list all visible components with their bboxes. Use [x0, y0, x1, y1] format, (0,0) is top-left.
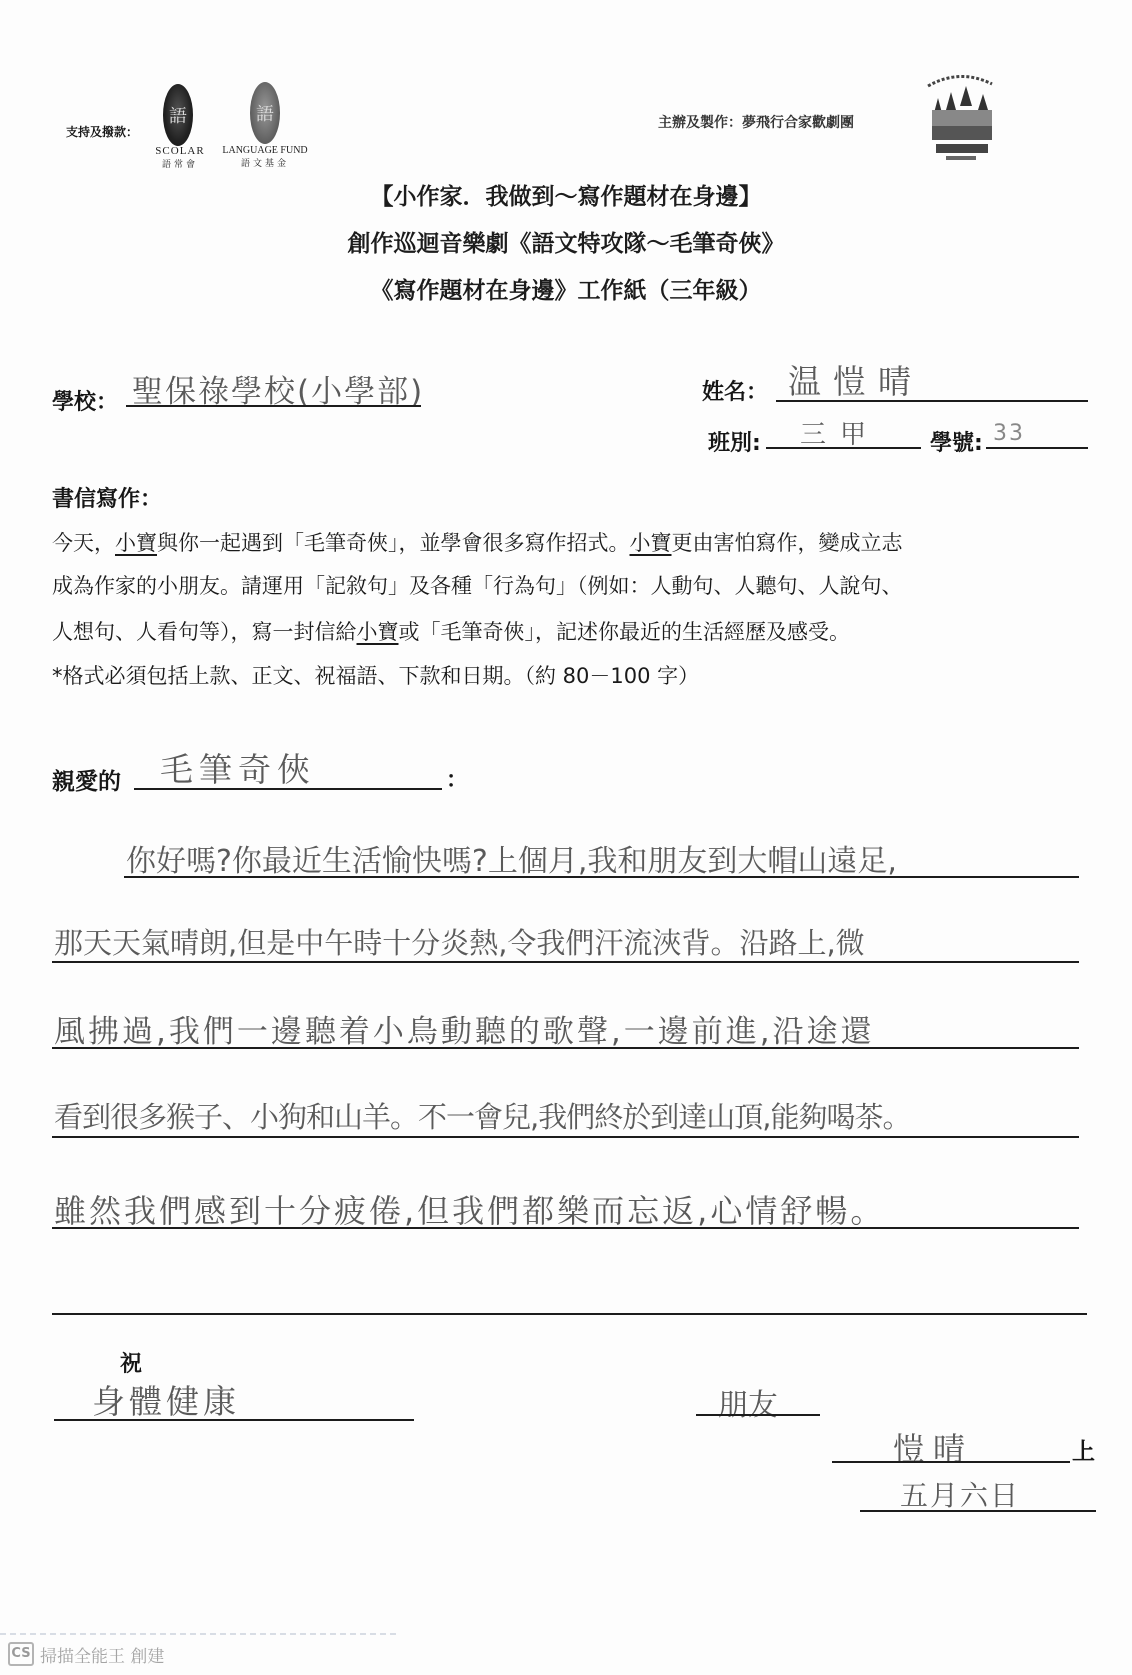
recipient-underline	[134, 788, 442, 790]
language-fund-seal-icon: 語	[250, 82, 280, 144]
letter-body-line-1[interactable]: 你好嗎?你最近生活愉快嗎?上個月,我和朋友到大帽山遠足,	[126, 836, 897, 880]
letter-body-line-4[interactable]: 看到很多猴子、小狗和山羊。不一會兒,我們終於到達山頂,能夠喝茶。	[54, 1095, 910, 1136]
letter-line-6-underline	[52, 1313, 1087, 1315]
recipient-field[interactable]: 毛筆奇俠	[160, 744, 316, 791]
signature-suffix: 上	[1072, 1433, 1095, 1466]
relation-underline	[696, 1414, 820, 1416]
language-fund-logo-caption: LANGUAGE FUND 語文基金	[212, 145, 318, 169]
number-label: 學號:	[930, 426, 983, 457]
task-text: *格式必須包括上款、正文、祝福語、下款和日期。（約 80－100 字）	[52, 664, 699, 688]
letter-body-line-5[interactable]: 雖然我們感到十分疲倦,但我們都樂而忘返,心情舒暢。	[54, 1186, 885, 1232]
school-underline	[126, 405, 421, 407]
task-line-4: *格式必須包括上款、正文、祝福語、下款和日期。（約 80－100 字）	[52, 660, 699, 690]
task-line-1: 今天，小寶與你一起遇到「毛筆奇俠」，並學會很多寫作招式。小寶更由害怕寫作，變成立…	[52, 527, 903, 557]
organizer-text: 主辦及製作：夢飛行合家歡劇團	[658, 112, 854, 132]
signature-field[interactable]: 愷晴	[893, 1424, 973, 1470]
title-line-1: 【小作家．我做到～寫作題材在身邊】	[0, 178, 1132, 211]
task-line-2: 成為作家的小朋友。請運用「記敘句」及各種「行為句」（例如：人動句、人聽句、人說句…	[52, 570, 903, 600]
date-field[interactable]: 五月六日	[900, 1474, 1020, 1514]
language-fund-subtitle: 語文基金	[212, 156, 318, 169]
class-field[interactable]: 三甲	[800, 414, 880, 451]
blessing-field[interactable]: 身體健康	[92, 1376, 240, 1423]
task-text: 或「毛筆奇俠」，記述你最近的生活經歷及感受。	[399, 620, 851, 644]
name-field[interactable]: 温愷晴	[788, 356, 923, 403]
name-underline	[776, 400, 1088, 402]
task-name-underlined: 小寶	[115, 531, 157, 555]
task-name-underlined: 小寶	[630, 531, 672, 555]
relation-field[interactable]: 朋友	[718, 1380, 778, 1424]
letter-body-line-3[interactable]: 風拂過,我們一邊聽着小鳥動聽的歌聲,一邊前進,沿途還	[54, 1006, 875, 1051]
date-underline	[860, 1510, 1096, 1512]
letter-body-line-2[interactable]: 那天天氣晴朗,但是中午時十分炎熱,令我們汗流浹背。沿路上,微	[54, 921, 865, 962]
task-text: 更由害怕寫作，變成立志	[672, 531, 903, 555]
task-name-underlined: 小寶	[357, 620, 399, 644]
school-label: 學校：	[52, 385, 118, 416]
number-field[interactable]: 33	[993, 421, 1025, 446]
class-underline	[766, 447, 921, 449]
letter-line-3-underline	[52, 1047, 1079, 1049]
scolar-logo-caption: SCOLAR 語常會	[140, 145, 220, 170]
letter-line-5-underline	[52, 1227, 1079, 1229]
task-text: 成為作家的小朋友。請運用「記敘句」及各種「行為句」（例如：人動句、人聽句、人說句…	[52, 574, 903, 598]
number-underline	[986, 447, 1088, 449]
title-line-3: 《寫作題材在身邊》工作紙（三年級）	[0, 272, 1132, 305]
sponsor-label: 支持及撥款：	[66, 123, 138, 140]
task-text: 今天，	[52, 531, 115, 555]
task-line-3: 人想句、人看句等），寫一封信給小寶或「毛筆奇俠」，記述你最近的生活經歷及感受。	[52, 616, 850, 646]
letter-line-4-underline	[52, 1136, 1079, 1138]
camscanner-logo-icon: CS	[8, 1642, 34, 1666]
salutation-colon: ：	[446, 763, 468, 794]
language-fund-name: LANGUAGE FUND	[222, 145, 307, 156]
task-heading: 書信寫作：	[52, 482, 162, 513]
scan-edge-noise	[0, 1633, 400, 1635]
salutation-label: 親愛的	[52, 763, 121, 796]
scolar-name: SCOLAR	[155, 145, 204, 157]
name-label: 姓名：	[702, 375, 768, 406]
letter-line-1-underline	[124, 876, 1079, 878]
letter-line-2-underline	[52, 961, 1079, 963]
castle-logo-icon	[920, 68, 1000, 163]
signature-underline	[832, 1461, 1070, 1463]
title-line-2: 創作巡迴音樂劇《語文特攻隊～毛筆奇俠》	[0, 225, 1132, 258]
blessing-label: 祝	[120, 1347, 142, 1378]
task-text: 與你一起遇到「毛筆奇俠」，並學會很多寫作招式。	[157, 531, 630, 555]
scolar-seal-icon: 語	[163, 84, 193, 146]
scolar-subtitle: 語常會	[140, 157, 220, 170]
class-label: 班別:	[708, 426, 761, 457]
watermark-text: 掃描全能王 創建	[40, 1642, 164, 1667]
blessing-underline	[54, 1419, 414, 1421]
task-text: 人想句、人看句等），寫一封信給	[52, 620, 357, 644]
